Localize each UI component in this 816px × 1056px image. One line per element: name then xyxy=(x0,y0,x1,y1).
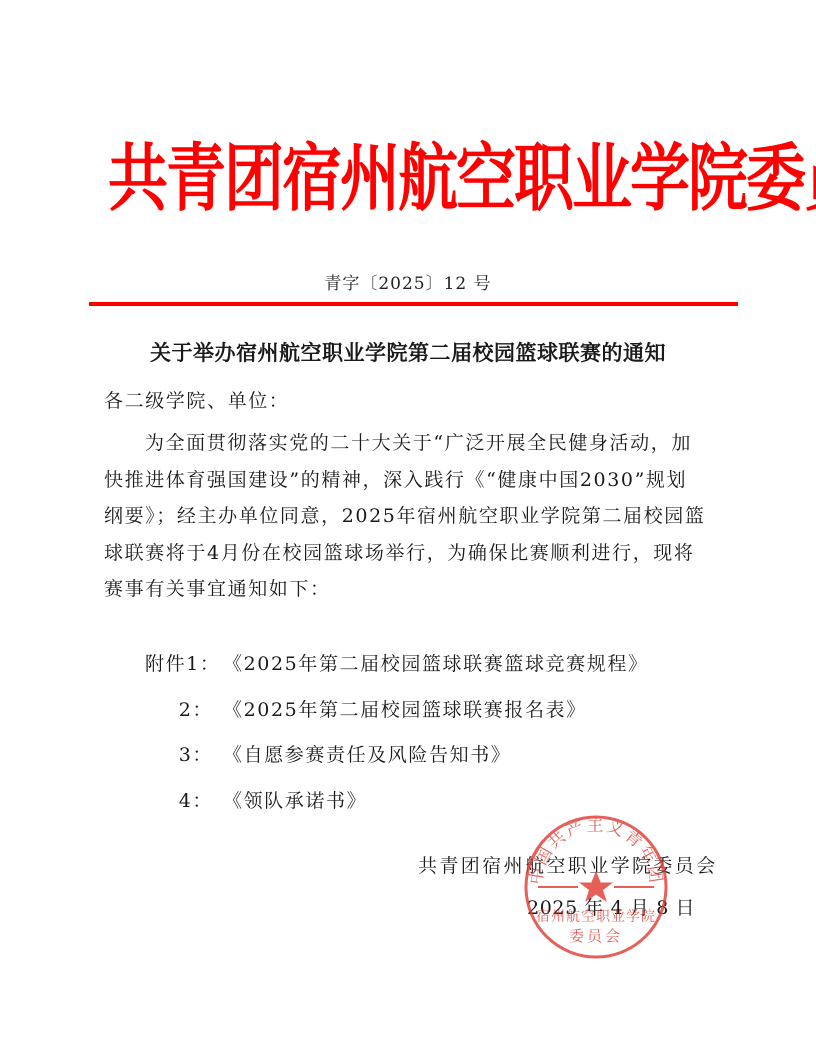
attachment-item: 3：《自愿参赛责任及风险告知书》 xyxy=(145,735,745,781)
official-seal: 中国共产主义青年团 宿州航空职业学院 委员会 xyxy=(522,813,670,961)
signature-date: 2025 年 4 月 8 日 xyxy=(527,894,695,922)
attachment-list: 附件1：《2025年第二届校园篮球联赛篮球竞赛规程》 2：《2025年第二届校园… xyxy=(145,644,745,826)
seal-bottom-text-2: 委员会 xyxy=(569,927,623,945)
document-number: 青字〔2025〕12 号 xyxy=(0,272,816,296)
signature-organization: 共青团宿州航空职业学院委员会 xyxy=(418,852,718,880)
red-divider-line xyxy=(89,302,738,306)
paragraph-line: 为全面贯彻落实党的二十大关于“广泛开展全民健身活动，加 xyxy=(104,425,724,462)
attachment-prefix: 3： xyxy=(145,735,213,775)
attachment-prefix: 4： xyxy=(145,781,213,821)
attachment-prefix: 附件1： xyxy=(145,644,213,684)
notice-title: 关于举办宿州航空职业学院第二届校园篮球联赛的通知 xyxy=(0,338,816,368)
attachment-name: 《自愿参赛责任及风险告知书》 xyxy=(223,735,511,775)
salutation: 各二级学院、单位： xyxy=(104,386,724,416)
attachment-item: 4：《领队承诺书》 xyxy=(145,781,745,827)
attachment-name: 《领队承诺书》 xyxy=(223,781,367,821)
document-page: 共青团宿州航空职业学院委员会文件 青字〔2025〕12 号 关于举办宿州航空职业… xyxy=(0,0,816,1056)
attachment-item: 2：《2025年第二届校园篮球联赛报名表》 xyxy=(145,690,745,736)
attachment-name: 《2025年第二届校园篮球联赛篮球竞赛规程》 xyxy=(223,644,649,684)
attachment-item: 附件1：《2025年第二届校园篮球联赛篮球竞赛规程》 xyxy=(145,644,745,690)
red-header-title: 共青团宿州航空职业学院委员会文件 xyxy=(108,127,718,232)
paragraph-line: 快推进体育强国建设”的精神，深入践行《“健康中国2030”规划 xyxy=(104,462,724,499)
attachment-name: 《2025年第二届校园篮球联赛报名表》 xyxy=(223,690,587,730)
paragraph-line: 纲要》；经主办单位同意，2025年宿州航空职业学院第二届校园篮 xyxy=(104,498,724,535)
paragraph-line: 赛事有关事宜通知如下： xyxy=(104,571,724,608)
paragraph-line: 球联赛将于4月份在校园篮球场举行，为确保比赛顺利进行，现将 xyxy=(104,535,724,572)
attachment-prefix: 2： xyxy=(145,690,213,730)
body-paragraph: 为全面贯彻落实党的二十大关于“广泛开展全民健身活动，加 快推进体育强国建设”的精… xyxy=(104,425,724,608)
